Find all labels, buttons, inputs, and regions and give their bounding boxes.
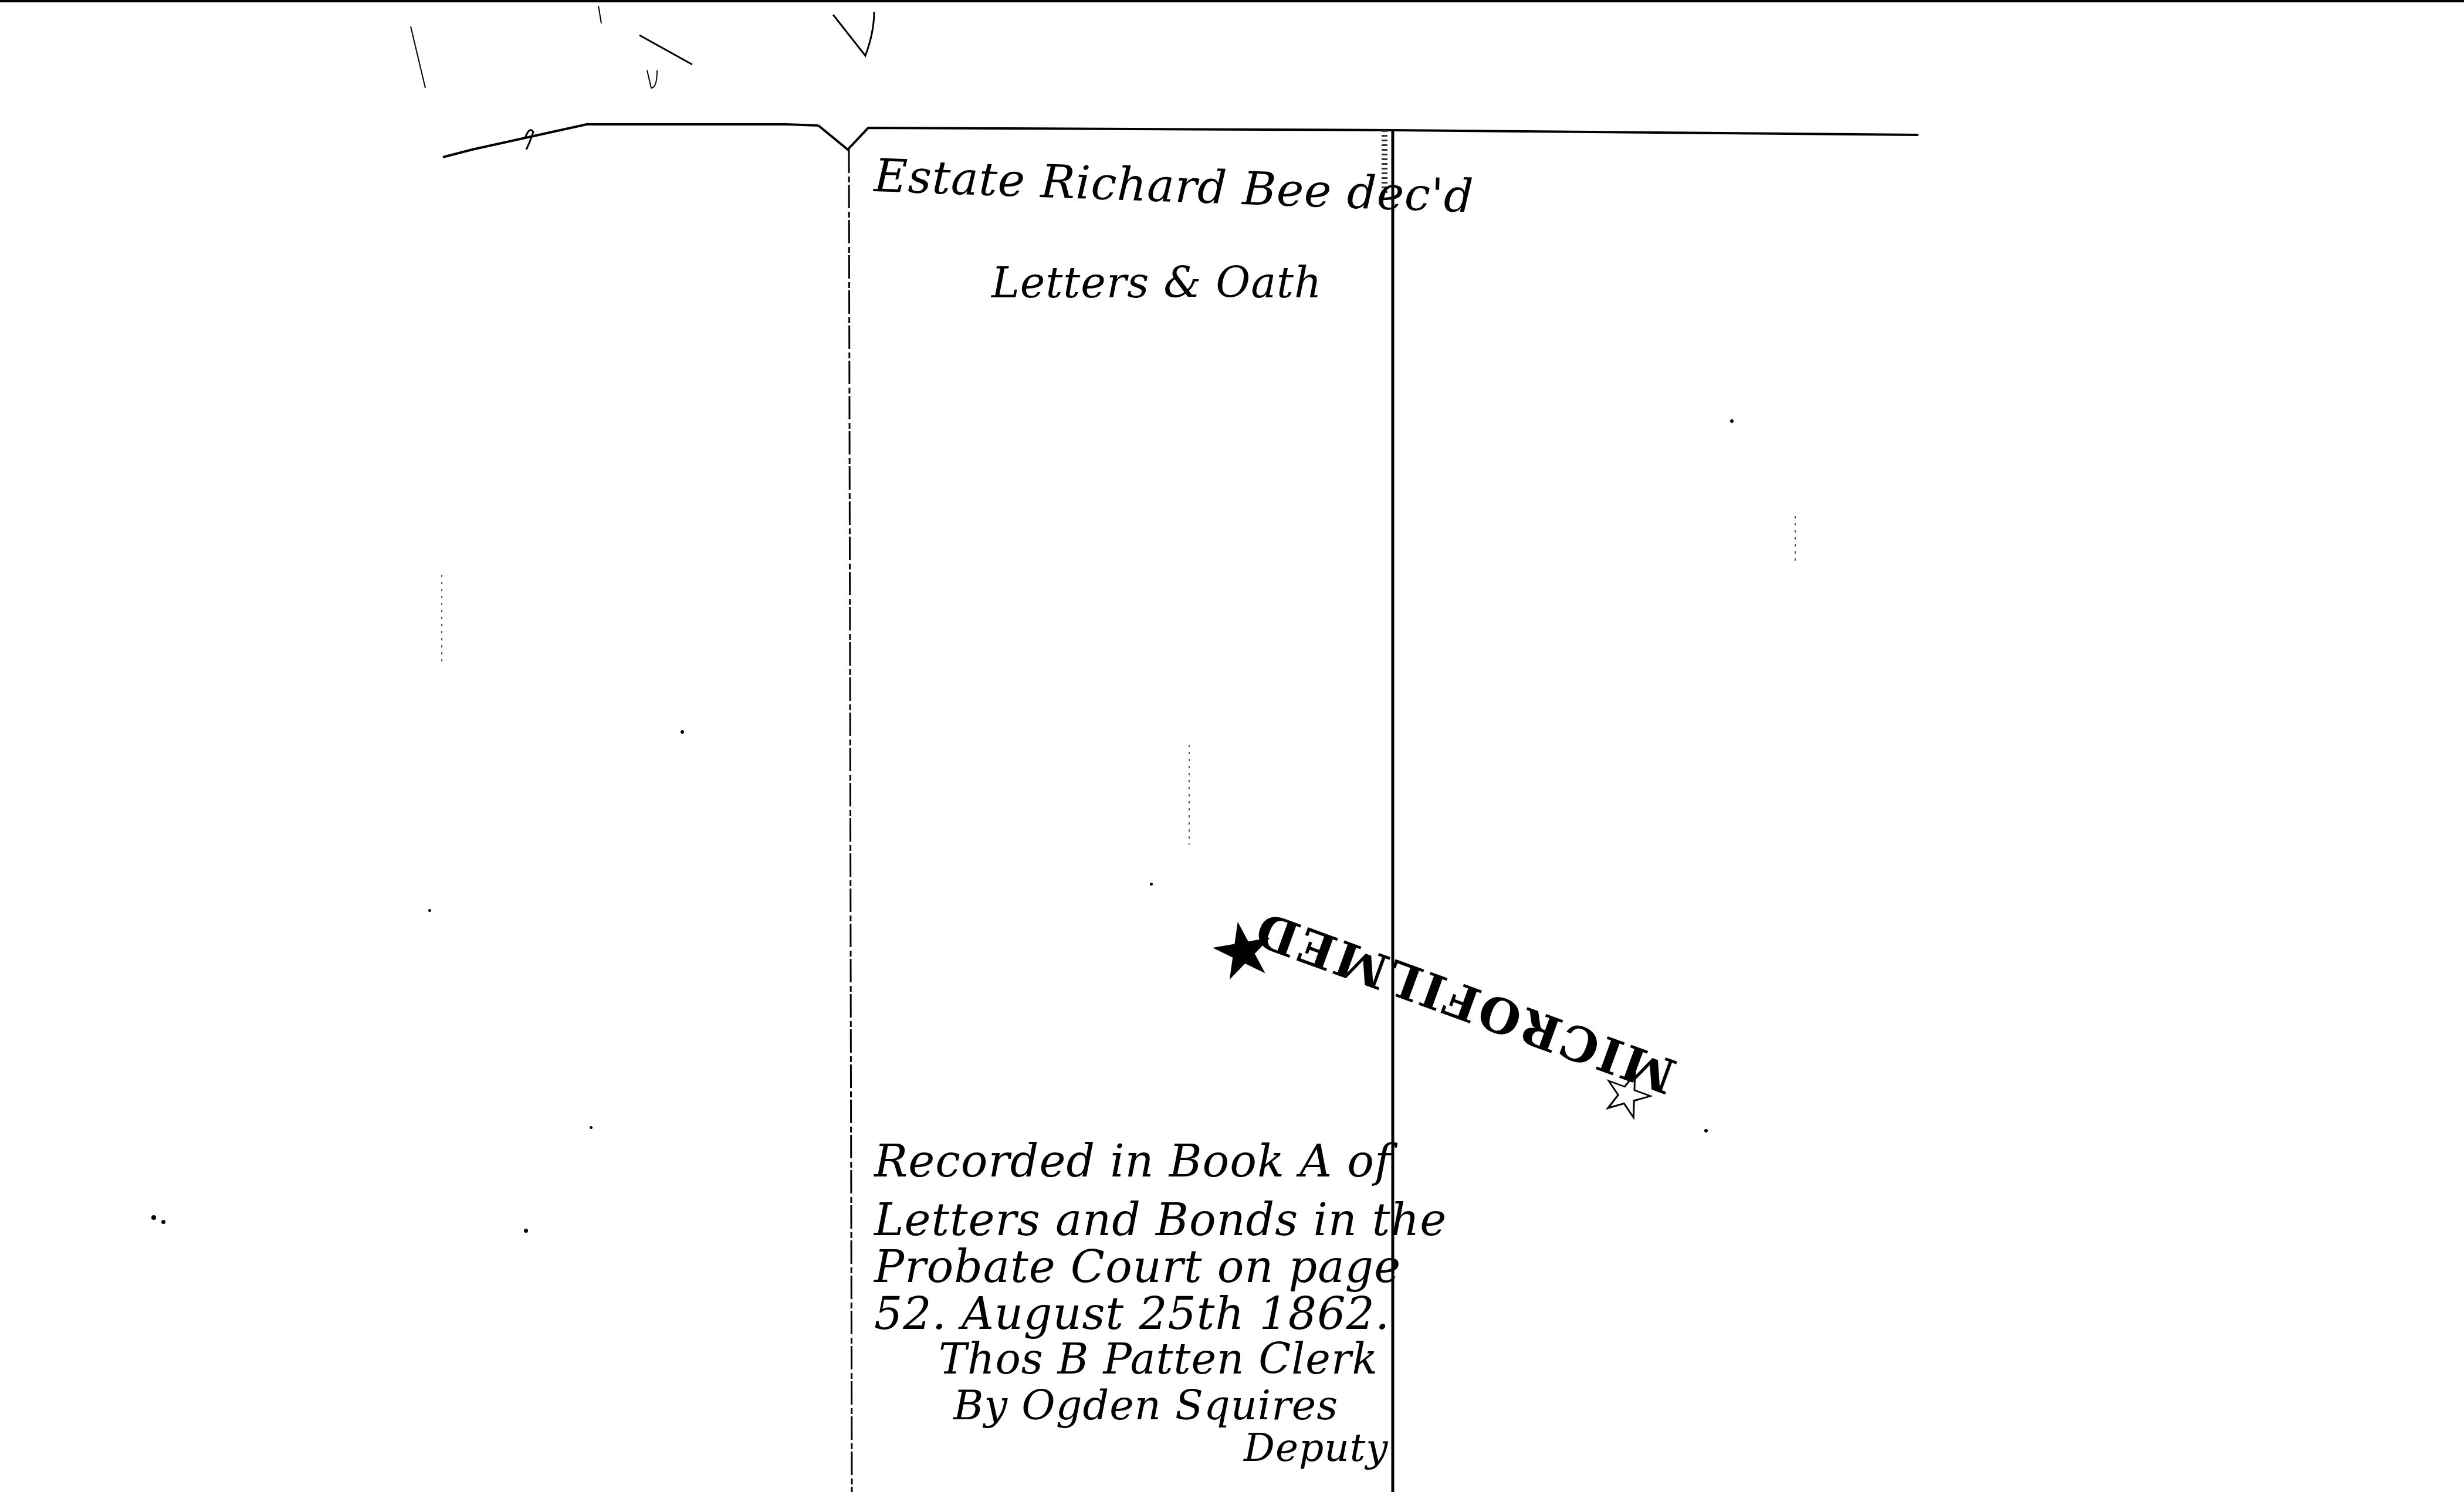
scan-speck (590, 1126, 593, 1129)
recording-note-line-1: Recorded in Book A of (874, 1135, 1392, 1187)
scan-speck (1730, 419, 1734, 423)
scan-speck (681, 730, 684, 734)
deputy-signature: By Ogden Squires (953, 1381, 1338, 1429)
scan-speck (1704, 1129, 1708, 1132)
scan-speck (524, 1229, 528, 1233)
docket-subtitle: Letters & Oath (991, 258, 1322, 307)
scan-speck (1150, 883, 1153, 886)
scan-speck (161, 1220, 165, 1224)
scan-speck (151, 1215, 156, 1220)
recording-note-line-2: Letters and Bonds in the (874, 1193, 1447, 1246)
recording-note-line-4: 52. August 25th 1862. (874, 1287, 1390, 1340)
deputy-title: Deputy (1244, 1425, 1389, 1470)
scan-speck (428, 909, 431, 912)
clerk-signature: Thos B Patten Clerk (939, 1334, 1378, 1384)
recording-note-line-3: Probate Court on page (874, 1240, 1401, 1293)
